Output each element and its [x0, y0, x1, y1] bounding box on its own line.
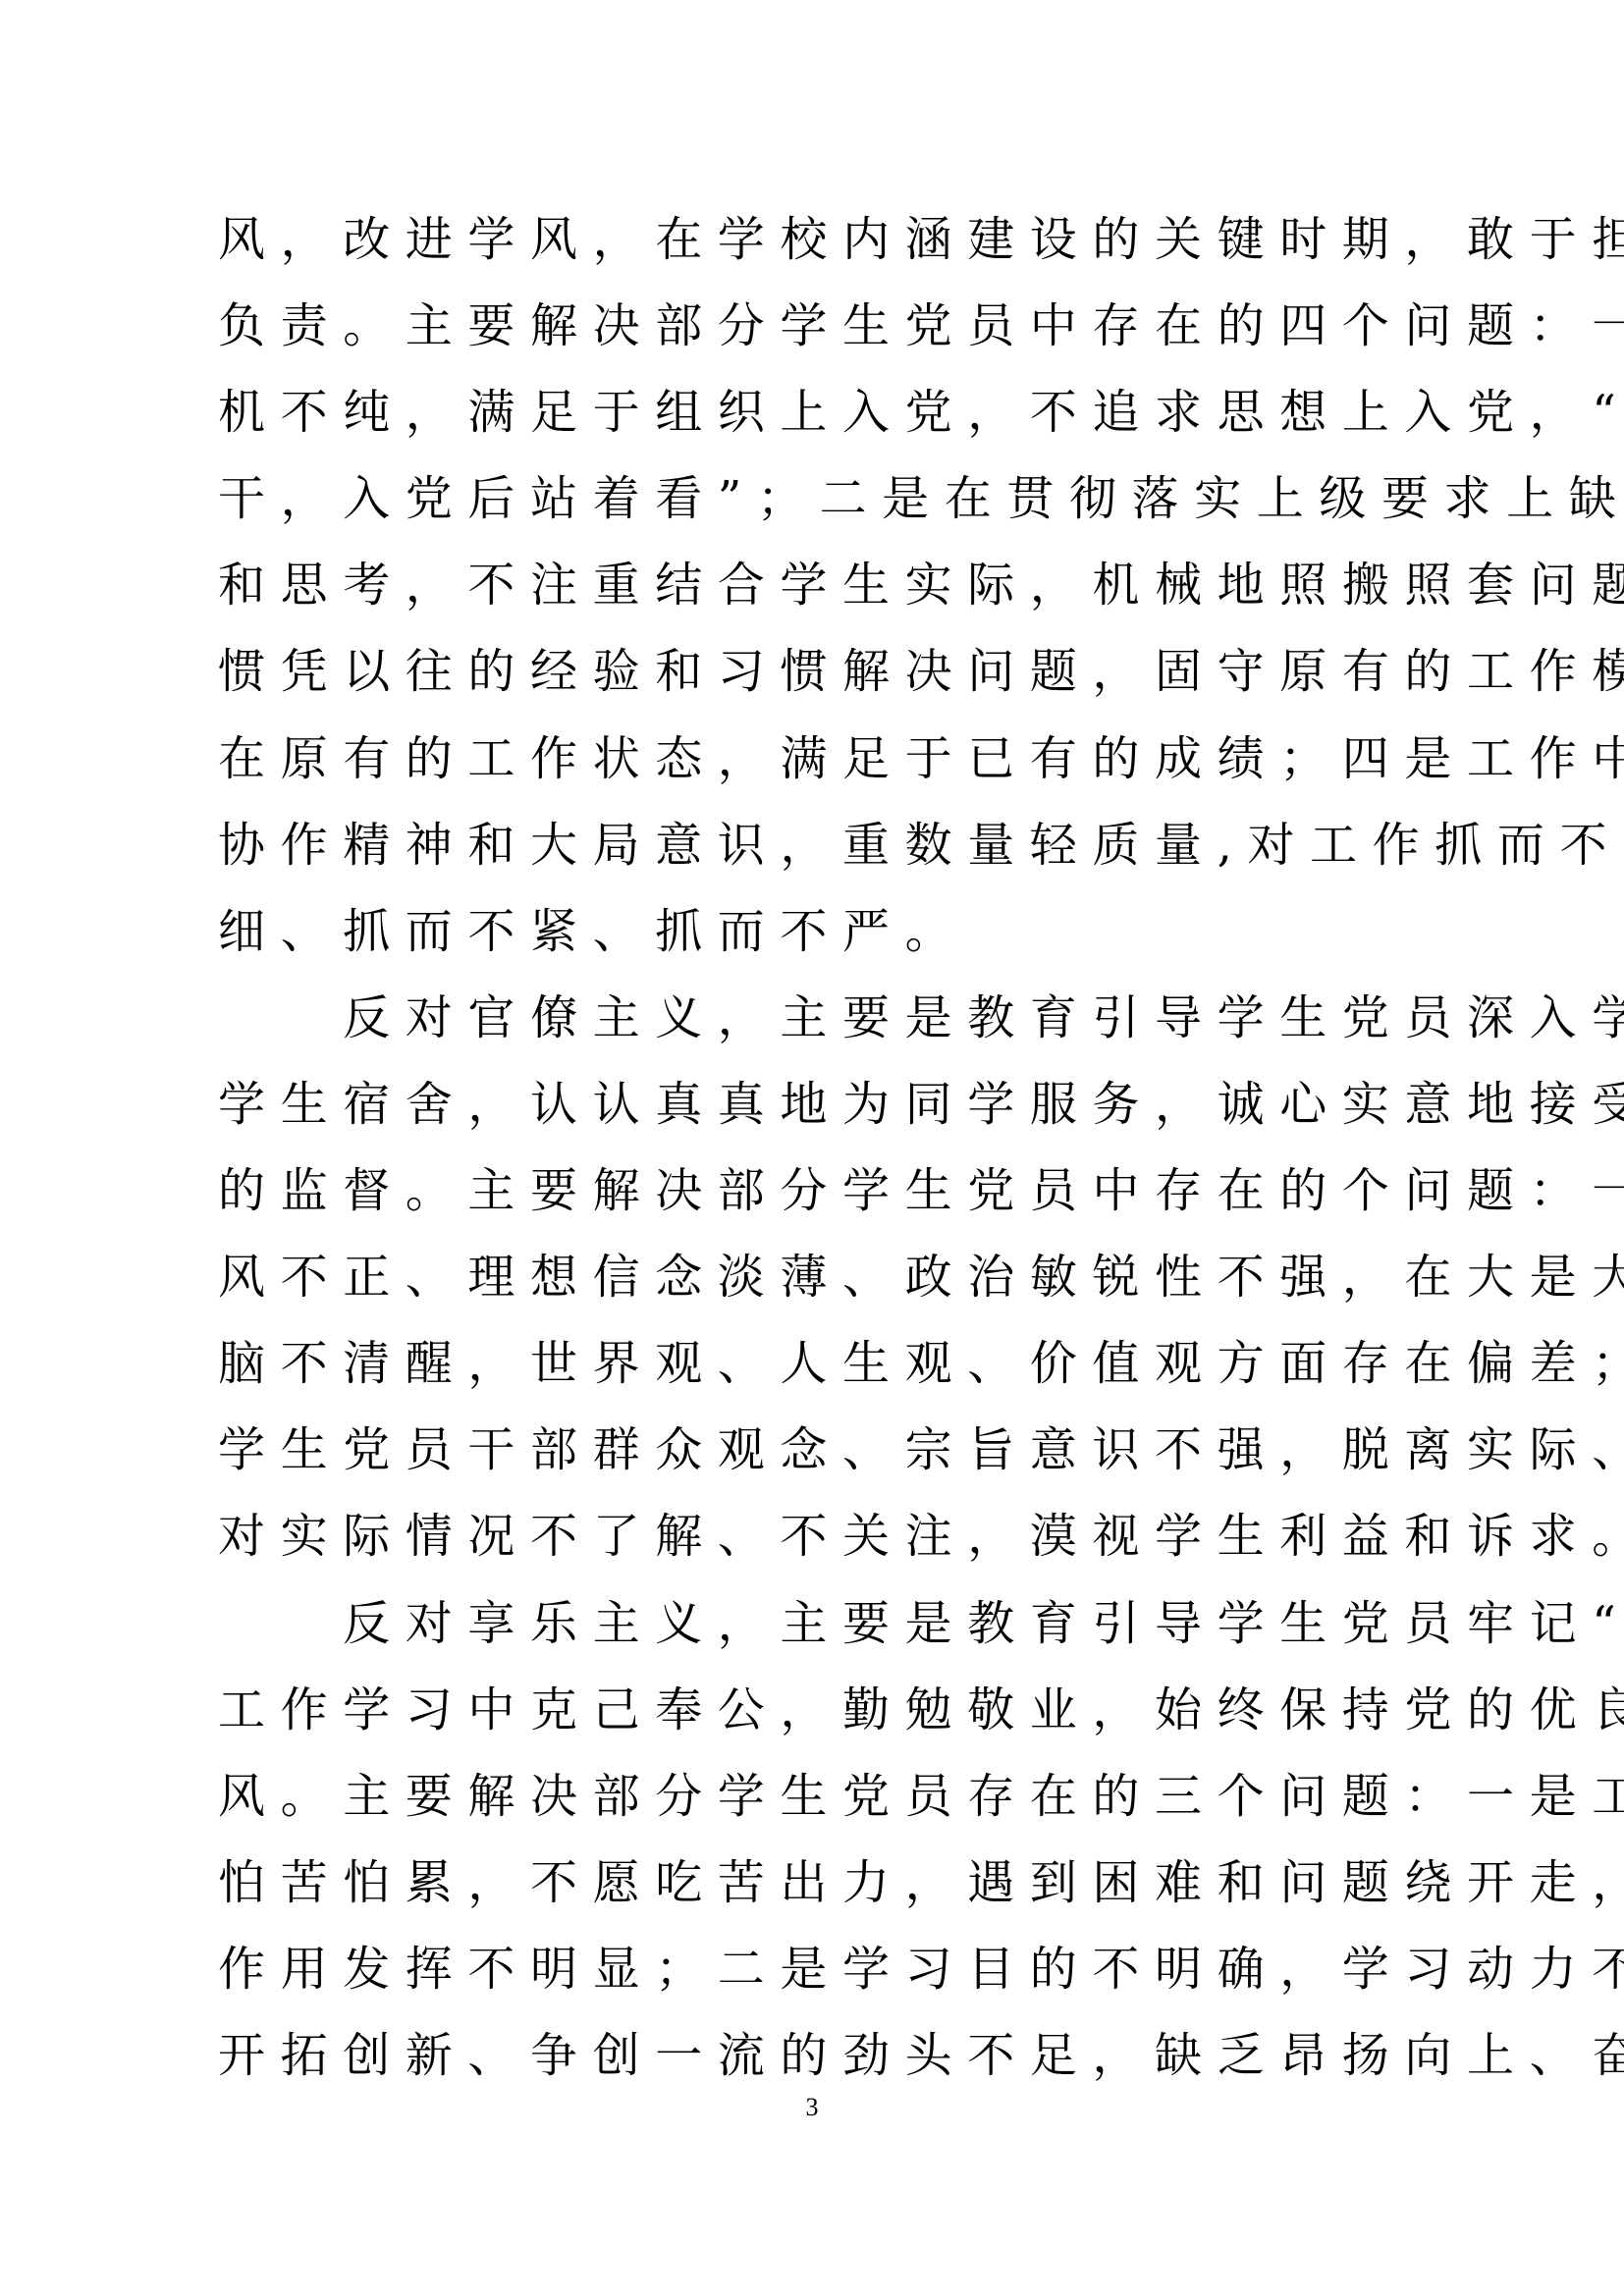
text-line: 工作学习中克己奉公，勤勉敬业，始终保持党的优良传统和作	[218, 1667, 1408, 1753]
text-line: 的监督。主要解决部分学生党员中存在的个问题：一是思想作	[218, 1148, 1408, 1234]
document-page: 风，改进学风，在学校内涵建设的关键时期，敢于担当、敢于 负责。主要解决部分学生党…	[0, 0, 1624, 2296]
paragraph-start-line: 反对享乐主义，主要是教育引导学生党员牢记“两个务必”，	[218, 1580, 1408, 1667]
text-line: 学生宿舍，认认真真地为同学服务，诚心实意地接受广大同学	[218, 1061, 1408, 1148]
text-line: 学生党员干部群众观念、宗旨意识不强，脱离实际、脱离同学，	[218, 1407, 1408, 1493]
text-line: 对实际情况不了解、不关注，漠视学生利益和诉求。	[218, 1493, 1408, 1579]
text-line: 风，改进学风，在学校内涵建设的关键时期，敢于担当、敢于	[218, 196, 1408, 283]
text-line: 干，入党后站着看”；二是在贯彻落实上级要求上缺乏深入研究	[218, 455, 1408, 542]
text-line: 开拓创新、争创一流的劲头不足，缺乏昂扬向上、奋发有为的	[218, 2012, 1408, 2099]
text-line: 惯凭以往的经验和习惯解决问题，固守原有的工作模式，停留	[218, 628, 1408, 715]
text-line: 作用发挥不明显；二是学习目的不明确，学习动力不足；三是	[218, 1926, 1408, 2012]
text-line: 和思考，不注重结合学生实际，机械地照搬照套问题；三是习	[218, 542, 1408, 628]
page-number: 3	[0, 2093, 1624, 2122]
text-line: 风不正、理想信念淡薄、政治敏锐性不强，在大是大非面前头	[218, 1234, 1408, 1320]
body-text: 风，改进学风，在学校内涵建设的关键时期，敢于担当、敢于 负责。主要解决部分学生党…	[218, 196, 1408, 2099]
text-line: 风。主要解决部分学生党员存在的三个问题：一是工作、学习	[218, 1753, 1408, 1840]
text-line: 协作精神和大局意识，重数量轻质量,对工作抓而不实、抓而不	[218, 802, 1408, 888]
paragraph-start-line: 反对官僚主义，主要是教育引导学生党员深入学生课堂、	[218, 975, 1408, 1061]
text-line: 在原有的工作状态，满足于已有的成绩；四是工作中缺少团队	[218, 716, 1408, 802]
text-line: 脑不清醒，世界观、人生观、价值观方面存在偏差；二是部分	[218, 1320, 1408, 1407]
text-line: 负责。主要解决部分学生党员中存在的四个问题：一是入党动	[218, 283, 1408, 369]
text-line: 细、抓而不紧、抓而不严。	[218, 888, 1408, 975]
text-line: 机不纯，满足于组织上入党，不追求思想上入党，“入党前拼命	[218, 369, 1408, 455]
text-line: 怕苦怕累，不愿吃苦出力，遇到困难和问题绕开走，先锋模范	[218, 1840, 1408, 1926]
